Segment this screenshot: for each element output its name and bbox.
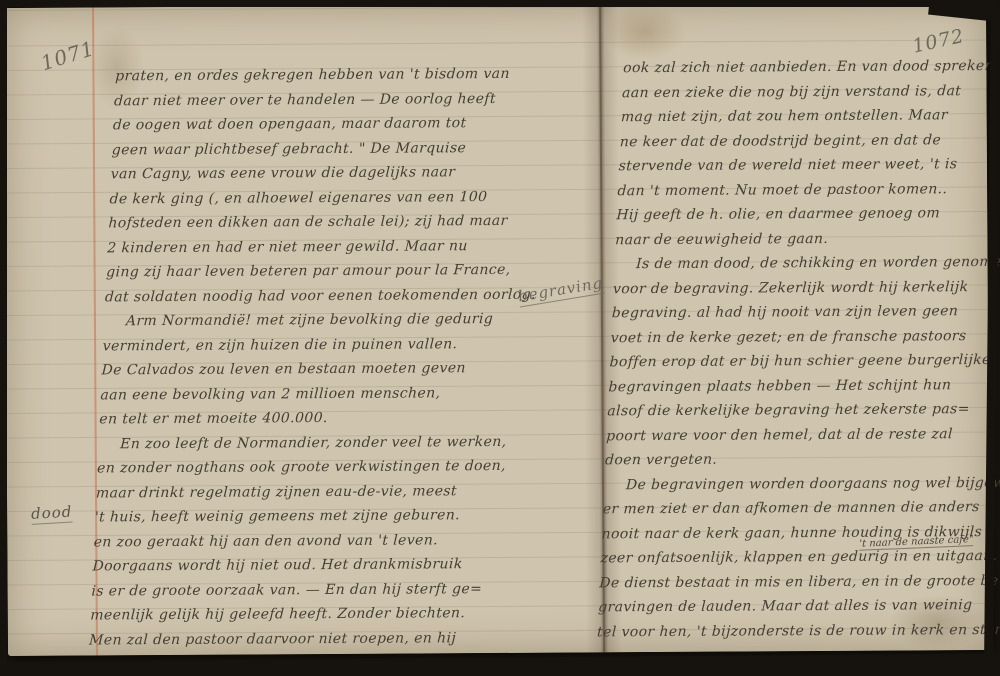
handwritten-line: alsof die kerkelijke begraving het zeker…	[607, 397, 1000, 424]
handwritten-line: geen waar plichtbesef gebracht. " De Mar…	[111, 135, 536, 162]
handwritten-line: is er de groote oorzaak van. — En dan hi…	[91, 576, 516, 603]
handwritten-line: daar niet meer over te handelen — De oor…	[114, 86, 539, 113]
handwritten-line: tel voor hen, 't bijzonderste is de rouw…	[597, 617, 990, 644]
scan-edge-left	[0, 0, 7, 676]
handwritten-line: gravingen de lauden. Maar dat alles is v…	[598, 593, 991, 620]
handwritten-line: aan eene bevolking van 2 millioen mensch…	[100, 380, 525, 407]
handwritten-line: begraving. al had hij nooit van zijn lev…	[611, 299, 1000, 326]
handwritten-line: boffen erop dat er bij hun schier geene …	[609, 348, 1000, 375]
handwritten-line: De dienst bestaat in mis en libera, en i…	[599, 568, 992, 595]
margin-note-dood: dood	[31, 503, 73, 525]
handwritten-line: er men ziet er dan afkomen de mannen die…	[602, 495, 995, 522]
scan-edge-bottom	[0, 653, 1000, 676]
handwritten-line: 't huis, heeft weinig gemeens met zijne …	[94, 503, 519, 530]
handwritten-line: Arm Normandië! met zijne bevolking die g…	[103, 307, 528, 334]
handwritten-line: voor de begraving. Zekerlijk wordt hij k…	[612, 274, 1000, 301]
handwritten-line: aan een zieke die nog bij zijn verstand …	[621, 78, 1000, 105]
handwritten-line: begravingen plaats hebben — Het schijnt …	[608, 372, 1000, 399]
handwritten-line: De begravingen worden doorgaans nog wel …	[603, 470, 996, 497]
handwritten-line: mag niet zijn, dat zou hem ontstellen. M…	[620, 103, 1000, 130]
handwritten-line: en zonder nogthans ook groote verkwistin…	[97, 454, 522, 481]
handwritten-line: dat soldaten noodig had voor eenen toeko…	[104, 282, 529, 309]
handwritten-line: de oogen wat doen opengaan, maar daarom …	[112, 111, 537, 138]
handwritten-line: ging zij haar leven beteren par amour po…	[106, 258, 531, 285]
handwritten-line: ook zal zich niet aanbieden. En van dood…	[623, 54, 1000, 81]
handwritten-line: de kerk ging (, en alhoewel eigenares va…	[109, 184, 534, 211]
handwritten-line: meenlijk gelijk hij geleefd heeft. Zonde…	[90, 601, 515, 628]
handwritten-line: Is de man dood, de schikking en worden g…	[614, 250, 1000, 277]
handwritten-line: De Calvados zou leven en bestaan moeten …	[101, 356, 526, 383]
page-number-left: 1071	[38, 36, 98, 75]
handwritten-line: stervende van de wereld niet meer weet, …	[618, 152, 1000, 179]
handwritten-line: Men zal den pastoor daarvoor niet roepen…	[89, 625, 514, 652]
notebook-paper: 1071 dood praten, en ordes gekregen hebb…	[4, 2, 990, 656]
handwritten-line: 2 kinderen en had er niet meer gewild. M…	[107, 233, 532, 260]
handwritten-line: praten, en ordes gekregen hebben van 't …	[115, 62, 540, 89]
handwritten-line: voet in de kerke gezet; en de fransche p…	[610, 323, 1000, 350]
handwriting-block-left: praten, en ordes gekregen hebben van 't …	[89, 62, 540, 653]
handwritten-line: hofsteden een dikken aan de schale lei);…	[108, 209, 533, 236]
right-page: ook zal zich niet aanbieden. En van dood…	[600, 2, 990, 652]
handwritten-line: poort ware voor den hemel, dat al de res…	[606, 421, 999, 448]
handwritten-line: ne keer dat de doodstrijd begint, en dat…	[619, 127, 1000, 154]
handwritten-line: zeer onfatsoenlijk, klappen en gedurig i…	[600, 544, 993, 571]
handwriting-block-right: ook zal zich niet aanbieden. En van dood…	[597, 54, 1000, 645]
handwritten-line: En zoo leeft de Normandier, zonder veel …	[98, 429, 523, 456]
handwritten-line: en telt er met moeite 400.000.	[99, 405, 524, 432]
handwritten-line: doen vergeten.	[604, 446, 997, 473]
handwritten-line: vermindert, en zijn huizen die in puinen…	[102, 331, 527, 358]
handwritten-line: naar de eeuwigheid te gaan.	[615, 225, 1000, 252]
left-page: 1071 dood praten, en ordes gekregen hebb…	[4, 4, 598, 656]
handwritten-line: Doorgaans wordt hij niet oud. Het drankm…	[92, 552, 517, 579]
handwritten-line: van Cagny, was eene vrouw die dagelijks …	[110, 160, 535, 187]
scan-edge-top	[0, 0, 1000, 7]
handwritten-line: Hij geeft de h. olie, en daarmee genoeg …	[616, 201, 1000, 228]
handwritten-line: en zoo geraakt hij aan den avond van 't …	[93, 527, 518, 554]
handwritten-line: maar drinkt regelmatig zijnen eau-de-vie…	[95, 478, 520, 505]
handwritten-line: dan 't moment. Nu moet de pastoor komen.…	[617, 176, 1000, 203]
